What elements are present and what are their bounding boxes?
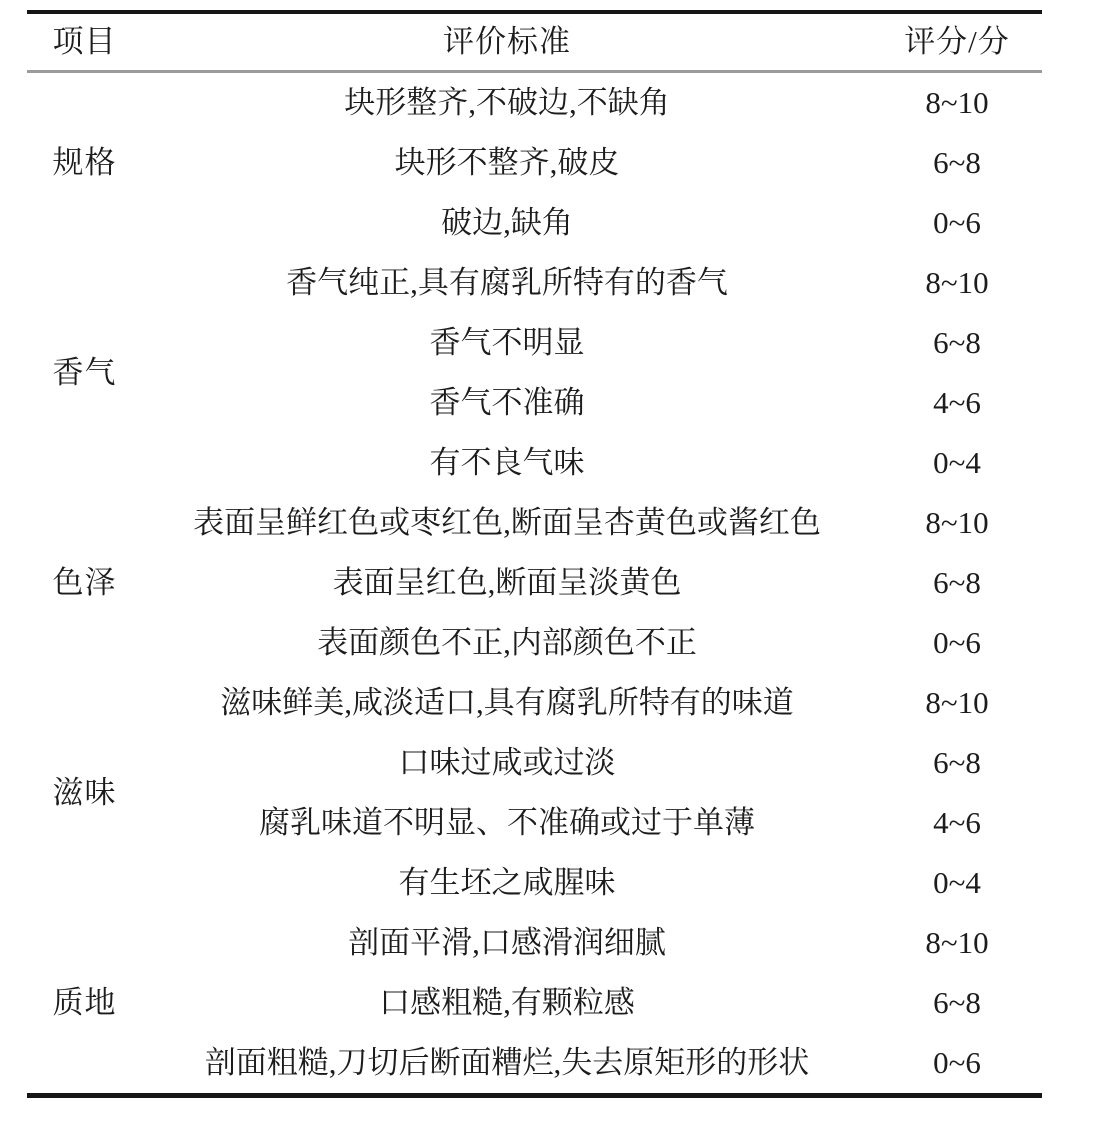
header-row: 项目 评价标准 评分/分: [27, 12, 1042, 72]
evaluation-criteria-table: 项目 评价标准 评分/分 规格 块形整齐,不破边,不缺角 8~10 块形不整齐,…: [27, 10, 1042, 1098]
criteria-cell: 表面呈红色,断面呈淡黄色: [142, 553, 872, 613]
criteria-cell: 块形不整齐,破皮: [142, 133, 872, 193]
score-cell: 6~8: [872, 733, 1042, 793]
score-cell: 0~6: [872, 1033, 1042, 1096]
criteria-cell: 块形整齐,不破边,不缺角: [142, 72, 872, 134]
item-group-label: 质地: [27, 913, 142, 1096]
score-cell: 6~8: [872, 973, 1042, 1033]
table-row: 表面颜色不正,内部颜色不正 0~6: [27, 613, 1042, 673]
criteria-cell: 有不良气味: [142, 433, 872, 493]
score-cell: 0~4: [872, 853, 1042, 913]
table-row: 腐乳味道不明显、不准确或过于单薄 4~6: [27, 793, 1042, 853]
table-row: 块形不整齐,破皮 6~8: [27, 133, 1042, 193]
criteria-cell: 滋味鲜美,咸淡适口,具有腐乳所特有的味道: [142, 673, 872, 733]
table-row: 质地 剖面平滑,口感滑润细腻 8~10: [27, 913, 1042, 973]
table-row: 口味过咸或过淡 6~8: [27, 733, 1042, 793]
table-row: 破边,缺角 0~6: [27, 193, 1042, 253]
criteria-cell: 表面呈鲜红色或枣红色,断面呈杏黄色或酱红色: [142, 493, 872, 553]
table-row: 滋味 滋味鲜美,咸淡适口,具有腐乳所特有的味道 8~10: [27, 673, 1042, 733]
table-row: 有生坯之咸腥味 0~4: [27, 853, 1042, 913]
table-row: 口感粗糙,有颗粒感 6~8: [27, 973, 1042, 1033]
score-cell: 4~6: [872, 373, 1042, 433]
page: 项目 评价标准 评分/分 规格 块形整齐,不破边,不缺角 8~10 块形不整齐,…: [0, 0, 1095, 1126]
item-group-label: 滋味: [27, 673, 142, 913]
table-row: 香气 香气纯正,具有腐乳所特有的香气 8~10: [27, 253, 1042, 313]
item-group-label: 香气: [27, 253, 142, 493]
table-row: 剖面粗糙,刀切后断面糟烂,失去原矩形的形状 0~6: [27, 1033, 1042, 1096]
column-header-score: 评分/分: [872, 12, 1042, 72]
criteria-cell: 腐乳味道不明显、不准确或过于单薄: [142, 793, 872, 853]
criteria-cell: 剖面平滑,口感滑润细腻: [142, 913, 872, 973]
criteria-cell: 破边,缺角: [142, 193, 872, 253]
column-header-item: 项目: [27, 12, 142, 72]
score-cell: 8~10: [872, 493, 1042, 553]
score-cell: 0~6: [872, 613, 1042, 673]
score-cell: 0~6: [872, 193, 1042, 253]
criteria-cell: 口感粗糙,有颗粒感: [142, 973, 872, 1033]
item-group-label: 规格: [27, 72, 142, 254]
score-cell: 6~8: [872, 133, 1042, 193]
table-row: 色泽 表面呈鲜红色或枣红色,断面呈杏黄色或酱红色 8~10: [27, 493, 1042, 553]
criteria-cell: 香气纯正,具有腐乳所特有的香气: [142, 253, 872, 313]
table-row: 表面呈红色,断面呈淡黄色 6~8: [27, 553, 1042, 613]
item-group-label: 色泽: [27, 493, 142, 673]
table-row: 香气不明显 6~8: [27, 313, 1042, 373]
criteria-cell: 剖面粗糙,刀切后断面糟烂,失去原矩形的形状: [142, 1033, 872, 1096]
criteria-cell: 有生坯之咸腥味: [142, 853, 872, 913]
score-cell: 8~10: [872, 72, 1042, 134]
column-header-criteria: 评价标准: [142, 12, 872, 72]
criteria-cell: 香气不准确: [142, 373, 872, 433]
score-cell: 6~8: [872, 553, 1042, 613]
criteria-cell: 口味过咸或过淡: [142, 733, 872, 793]
score-cell: 8~10: [872, 253, 1042, 313]
score-cell: 0~4: [872, 433, 1042, 493]
score-cell: 8~10: [872, 673, 1042, 733]
criteria-cell: 香气不明显: [142, 313, 872, 373]
score-cell: 4~6: [872, 793, 1042, 853]
table-row: 有不良气味 0~4: [27, 433, 1042, 493]
criteria-cell: 表面颜色不正,内部颜色不正: [142, 613, 872, 673]
table-row: 香气不准确 4~6: [27, 373, 1042, 433]
table-row: 规格 块形整齐,不破边,不缺角 8~10: [27, 72, 1042, 134]
score-cell: 8~10: [872, 913, 1042, 973]
score-cell: 6~8: [872, 313, 1042, 373]
